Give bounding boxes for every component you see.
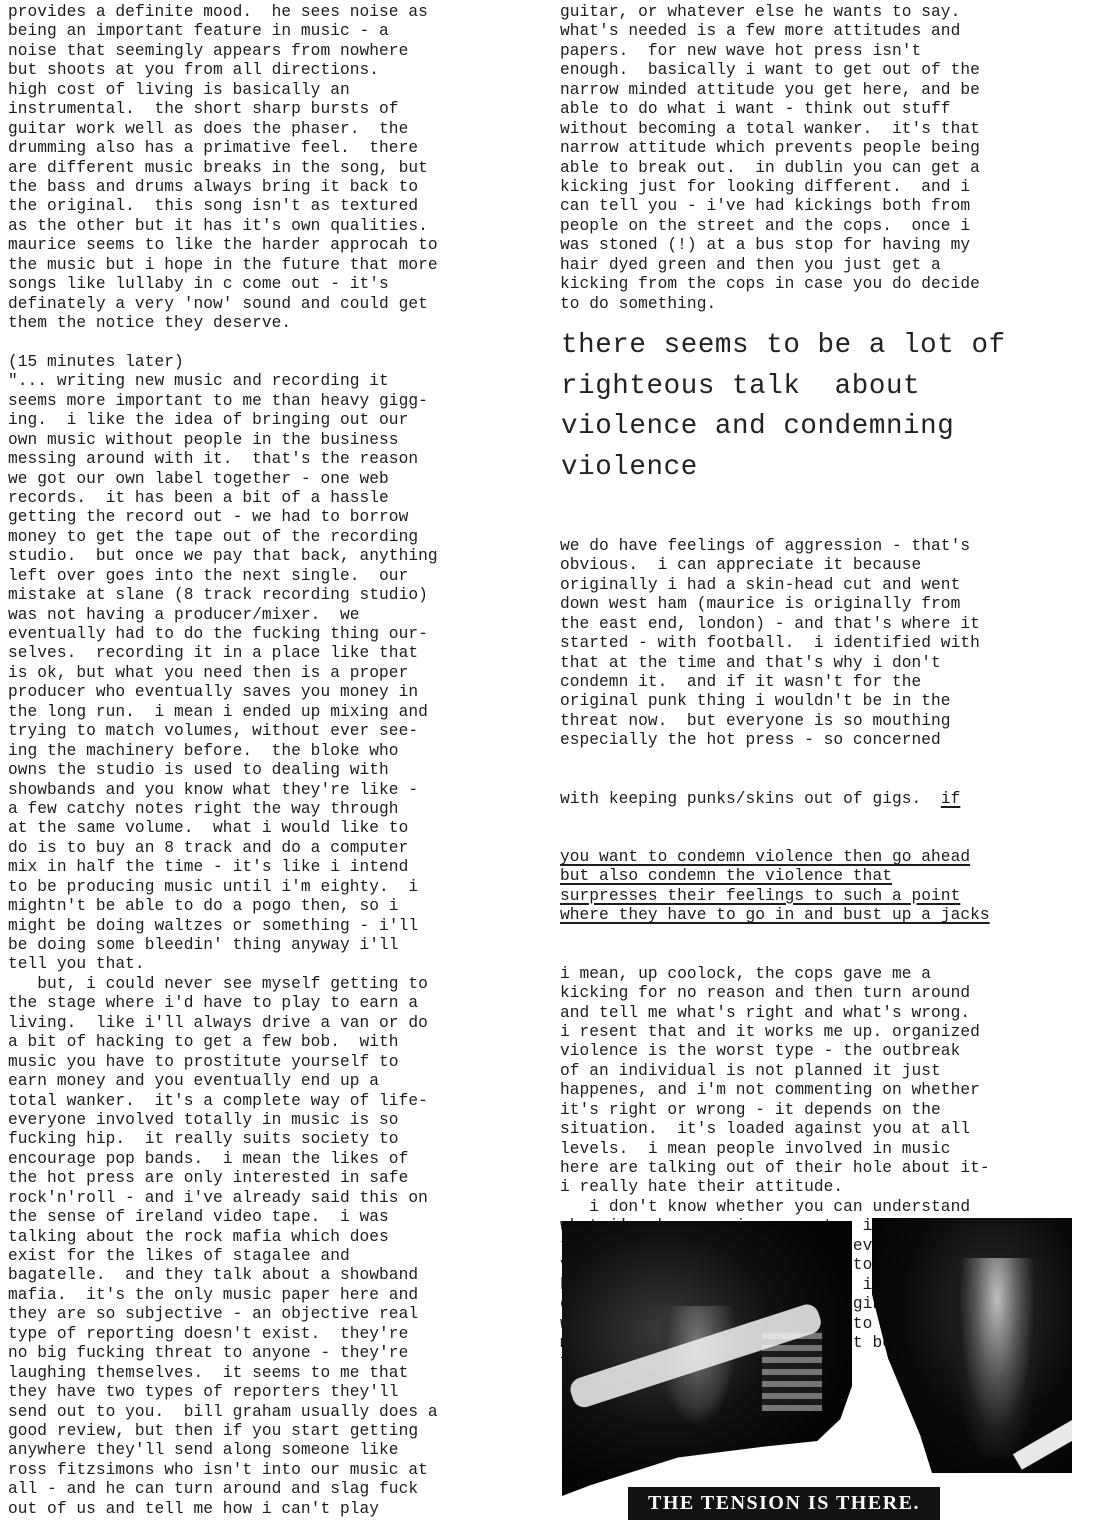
text-line: encourage pop bands. i mean the likes of	[8, 1150, 548, 1169]
text-line: kicking just for looking different. and …	[560, 178, 1095, 197]
text-line: rock'n'roll - and i've already said this…	[8, 1189, 548, 1208]
text-line: "... writing new music and recording it	[8, 372, 548, 391]
text-line	[8, 333, 548, 352]
text-line: anywhere they'll send along someone like	[8, 1441, 548, 1460]
heading-line: violence	[561, 448, 1006, 489]
text-line: instrumental. the short sharp bursts of	[8, 100, 548, 119]
text-line: i really hate their attitude.	[560, 1178, 990, 1197]
text-line: no big fucking threat to anyone - they'r…	[8, 1344, 548, 1363]
text-line: happenes, and i'm not commenting on whet…	[560, 1081, 990, 1100]
text-line: to be producing music until i'm eighty. …	[8, 878, 548, 897]
text-line: own music without people in the business	[8, 431, 548, 450]
text-line: fucking hip. it really suits society to	[8, 1130, 548, 1149]
text-line: narrow attitude which prevents people be…	[560, 139, 1095, 158]
text-line: ing the machinery before. the bloke who	[8, 742, 548, 761]
underline-lead-line: with keeping punks/skins out of gigs. if	[560, 790, 990, 809]
text-line: ross fitzsimons who isn't into our music…	[8, 1461, 548, 1480]
text-line: eventually had to do the fucking thing o…	[8, 625, 548, 644]
text-line: kicking from the cops in case you do dec…	[560, 275, 1095, 294]
underlined-line: surpresses their feelings to such a poin…	[560, 887, 990, 906]
text-line: send out to you. bill graham usually doe…	[8, 1403, 548, 1422]
bassist-figure	[952, 1258, 1042, 1458]
text-line: drumming also has a primative feel. ther…	[8, 139, 548, 158]
text-line: trying to match volumes, without ever se…	[8, 722, 548, 741]
text-line: laughing themselves. it seems to me that	[8, 1364, 548, 1383]
text-line: especially the hot press - so concerned	[560, 731, 990, 750]
text-line: was stoned (!) at a bus stop for having …	[560, 236, 1095, 255]
text-line: getting the record out - we had to borro…	[8, 508, 548, 527]
text-line: originally i had a skin-head cut and wen…	[560, 576, 990, 595]
text-line: but shoots at you from all directions.	[8, 61, 548, 80]
text-line: ing. i like the idea of bringing out our	[8, 411, 548, 430]
text-line: out of us and tell me how i can't play	[8, 1500, 548, 1519]
text-line: talking about the rock mafia which does	[8, 1228, 548, 1247]
text-line: enough. basically i want to get out of t…	[560, 61, 1095, 80]
text-line: papers. for new wave hot press isn't	[560, 42, 1095, 61]
text-line: to do something.	[560, 295, 1095, 314]
text-line: threat now. but everyone is so mouthing	[560, 712, 990, 731]
text-line: good review, but then if you start getti…	[8, 1422, 548, 1441]
text-line: guitar work well as does the phaser. the	[8, 120, 548, 139]
guitarist-photo	[562, 1221, 852, 1496]
text-line: be doing some bleedin' thing anyway i'll	[8, 936, 548, 955]
text-line: i don't know whether you can understand	[560, 1198, 990, 1217]
text-line: a few catchy notes right the way through	[8, 800, 548, 819]
text-line: but, i could never see myself getting to	[8, 975, 548, 994]
text-line: is ok, but what you need then is a prope…	[8, 664, 548, 683]
heading-line: righteous talk about	[561, 367, 1006, 408]
text-line: records. it has been a bit of a hassle	[8, 489, 548, 508]
text-line: was not having a producer/mixer. we	[8, 606, 548, 625]
text-line: total wanker. it's a complete way of lif…	[8, 1092, 548, 1111]
text-line: seems more important to me than heavy gi…	[8, 392, 548, 411]
text-line: exist for the likes of stagalee and	[8, 1247, 548, 1266]
text-line: mafia. it's the only music paper here an…	[8, 1286, 548, 1305]
body-paragraph-before-underline: we do have feelings of aggression - that…	[560, 537, 990, 751]
text-line: violence is the worst type - the outbrea…	[560, 1042, 990, 1061]
text-line: being an important feature in music - a	[8, 22, 548, 41]
text-line: showbands and you know what they're like…	[8, 781, 548, 800]
text-line: (15 minutes later)	[8, 353, 548, 372]
text-line: i resent that and it works me up. organi…	[560, 1023, 990, 1042]
text-line: mightn't be able to do a pogo then, so i	[8, 897, 548, 916]
text-line: maurice seems to like the harder approca…	[8, 236, 548, 255]
text-line: music you have to prostitute yourself to	[8, 1053, 548, 1072]
text-line: songs like lullaby in c come out - it's	[8, 275, 548, 294]
text-line: the east end, london) - and that's where…	[560, 615, 990, 634]
underlined-text-start: if	[941, 790, 961, 808]
text-line: the original. this song isn't as texture…	[8, 197, 548, 216]
text-line: do is to buy an 8 track and do a compute…	[8, 839, 548, 858]
underlined-line-text: but also condemn the violence that	[560, 867, 892, 885]
underlined-line: you want to condemn violence then go ahe…	[560, 848, 990, 867]
text-line: can tell you - i've had kickings both fr…	[560, 197, 1095, 216]
text-line: everyone involved totally in music is so	[8, 1111, 548, 1130]
text-line: condemn it. and if it wasn't for the	[560, 673, 990, 692]
text-line: the hot press are only interested in saf…	[8, 1169, 548, 1188]
text-line: here are talking out of their hole about…	[560, 1159, 990, 1178]
text-line: high cost of living is basically an	[8, 81, 548, 100]
text-line: levels. i mean people involved in music	[560, 1140, 990, 1159]
text-line: down west ham (maurice is originally fro…	[560, 595, 990, 614]
text-line: they have two types of reporters they'll	[8, 1383, 548, 1402]
underlined-line: where they have to go in and bust up a j…	[560, 906, 990, 925]
text-line: people on the street and the cops. once …	[560, 217, 1095, 236]
text-line: the stage where i'd have to play to earn…	[8, 994, 548, 1013]
text-line: noise that seemingly appears from nowher…	[8, 42, 548, 61]
text-line: bagatelle. and they talk about a showban…	[8, 1266, 548, 1285]
text-line: as the other but it has it's own qualiti…	[8, 217, 548, 236]
text-line: all - and he can turn around and slag fu…	[8, 1480, 548, 1499]
underline-lead-text: with keeping punks/skins out of gigs.	[560, 790, 941, 808]
text-line: mix in half the time - it's like i inten…	[8, 858, 548, 877]
text-line: type of reporting doesn't exist. they're	[8, 1325, 548, 1344]
text-line: original punk thing i wouldn't be in the	[560, 692, 990, 711]
text-line: the long run. i mean i ended up mixing a…	[8, 703, 548, 722]
text-line: money to get the tape out of the recordi…	[8, 528, 548, 547]
text-line: are different music breaks in the song, …	[8, 159, 548, 178]
text-line: definately a very 'now' sound and could …	[8, 295, 548, 314]
photo-caption: THE TENSION IS THERE.	[628, 1487, 940, 1520]
underlined-line: but also condemn the violence that	[560, 867, 990, 886]
text-line: of an individual is not planned it just	[560, 1062, 990, 1081]
text-line: studio. but once we pay that back, anyth…	[8, 547, 548, 566]
bassist-photo	[872, 1218, 1072, 1473]
text-line: it's right or wrong - it depends on the	[560, 1101, 990, 1120]
text-line: living. like i'll always drive a van or …	[8, 1014, 548, 1033]
text-line: provides a definite mood. he sees noise …	[8, 3, 548, 22]
underlined-line-text: where they have to go in and bust up a j…	[560, 906, 990, 924]
text-line: they are so subjective - an objective re…	[8, 1305, 548, 1324]
text-line: we got our own label together - one web	[8, 470, 548, 489]
text-line: that at the time and that's why i don't	[560, 654, 990, 673]
underlined-line-text: surpresses their feelings to such a poin…	[560, 887, 960, 905]
text-line: situation. it's loaded against you at al…	[560, 1120, 990, 1139]
text-line: able to do what i want - think out stuff	[560, 100, 1095, 119]
photo-collage	[560, 1218, 1090, 1518]
text-line: the sense of ireland video tape. i was	[8, 1208, 548, 1227]
text-line: narrow minded attitude you get here, and…	[560, 81, 1095, 100]
text-line: the bass and drums always bring it back …	[8, 178, 548, 197]
heading-line: there seems to be a lot of	[561, 326, 1006, 367]
text-line: earn money and you eventually end up a	[8, 1072, 548, 1091]
text-line: the music but i hope in the future that …	[8, 256, 548, 275]
underlined-line-text: you want to condemn violence then go ahe…	[560, 848, 970, 866]
text-line: what's needed is a few more attitudes an…	[560, 22, 1095, 41]
text-line: them the notice they deserve.	[8, 314, 548, 333]
text-line: hair dyed green and then you just get a	[560, 256, 1095, 275]
underlined-passage: you want to condemn violence then go ahe…	[560, 848, 990, 926]
text-line: mistake at slane (8 track recording stud…	[8, 586, 548, 605]
text-line: without becoming a total wanker. it's th…	[560, 120, 1095, 139]
right-text-column-top: guitar, or whatever else he wants to say…	[560, 3, 1095, 314]
text-line: owns the studio is used to dealing with	[8, 761, 548, 780]
text-line: we do have feelings of aggression - that…	[560, 537, 990, 556]
text-line: producer who eventually saves you money …	[8, 683, 548, 702]
text-line: selves. recording it in a place like tha…	[8, 644, 548, 663]
text-line: i mean, up coolock, the cops gave me a	[560, 965, 990, 984]
text-line: started - with football. i identified wi…	[560, 634, 990, 653]
text-line: at the same volume. what i would like to	[8, 819, 548, 838]
text-line: messing around with it. that's the reaso…	[8, 450, 548, 469]
text-line: and tell me what's right and what's wron…	[560, 1004, 990, 1023]
left-text-column: provides a definite mood. he sees noise …	[8, 3, 548, 1519]
section-heading: there seems to be a lot ofrighteous talk…	[561, 326, 1006, 488]
text-line: kicking for no reason and then turn arou…	[560, 984, 990, 1003]
text-line: able to break out. in dublin you can get…	[560, 159, 1095, 178]
text-line: might be doing waltzes or something - i'…	[8, 917, 548, 936]
text-line: left over goes into the next single. our	[8, 567, 548, 586]
text-line: a bit of hacking to get a few bob. with	[8, 1033, 548, 1052]
text-line: tell you that.	[8, 955, 548, 974]
text-line: obvious. i can appreciate it because	[560, 556, 990, 575]
heading-line: violence and condemning	[561, 407, 1006, 448]
text-line: guitar, or whatever else he wants to say…	[560, 3, 1095, 22]
